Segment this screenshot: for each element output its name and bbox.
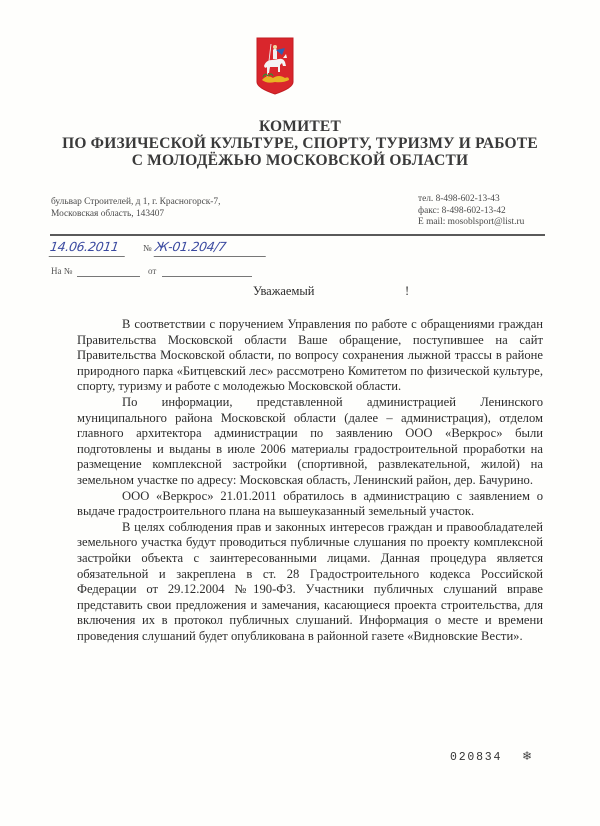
salutation: Уважаемый	[253, 284, 314, 299]
registration-number-label: №	[143, 243, 152, 253]
organization-title: КОМИТЕТ ПО ФИЗИЧЕСКОЙ КУЛЬТУРЕ, СПОРТУ, …	[40, 118, 560, 169]
header-divider	[50, 234, 545, 236]
fax: факс: 8-498-602-13-42	[418, 206, 524, 218]
email: E mail: mosoblsport@list.ru	[418, 217, 524, 229]
body-paragraph-1: В соответствии с поручением Управления п…	[77, 317, 543, 395]
org-title-line-1: КОМИТЕТ	[40, 118, 560, 135]
reference-number-blank	[77, 276, 140, 277]
phone: тел. 8-498-602-13-43	[418, 194, 524, 206]
snowflake-icon: ❄	[522, 749, 532, 764]
postal-address: бульвар Строителей, д 1, г. Красногорск-…	[51, 196, 220, 220]
letter-body: В соответствии с поручением Управления п…	[77, 317, 543, 644]
body-paragraph-2: По информации, представленной администра…	[77, 395, 543, 489]
registration-date: 14.06.2011	[49, 238, 128, 257]
address-line-1: бульвар Строителей, д 1, г. Красногорск-…	[51, 196, 220, 208]
letter-page: КОМИТЕТ ПО ФИЗИЧЕСКОЙ КУЛЬТУРЕ, СПОРТУ, …	[0, 0, 600, 826]
registration-number: Ж-01.204/7	[154, 238, 269, 257]
address-line-2: Московская область, 143407	[51, 208, 220, 220]
salutation-exclamation: !	[405, 284, 409, 299]
reference-line: На № от	[51, 266, 271, 280]
coat-of-arms-icon	[255, 36, 295, 98]
body-paragraph-4: В целях соблюдения прав и законных интер…	[77, 520, 543, 645]
form-serial-number: 020834	[450, 751, 502, 764]
org-title-line-3: С МОЛОДЁЖЬЮ МОСКОВСКОЙ ОБЛАСТИ	[40, 152, 560, 169]
reference-number-label: На №	[51, 266, 72, 276]
body-paragraph-3: ООО «Веркрос» 21.01.2011 обратилось в ад…	[77, 489, 543, 520]
reference-date-blank	[162, 276, 252, 277]
reference-date-label: от	[148, 266, 156, 276]
org-title-line-2: ПО ФИЗИЧЕСКОЙ КУЛЬТУРЕ, СПОРТУ, ТУРИЗМУ …	[40, 135, 560, 152]
contact-block: тел. 8-498-602-13-43 факс: 8-498-602-13-…	[418, 194, 524, 229]
